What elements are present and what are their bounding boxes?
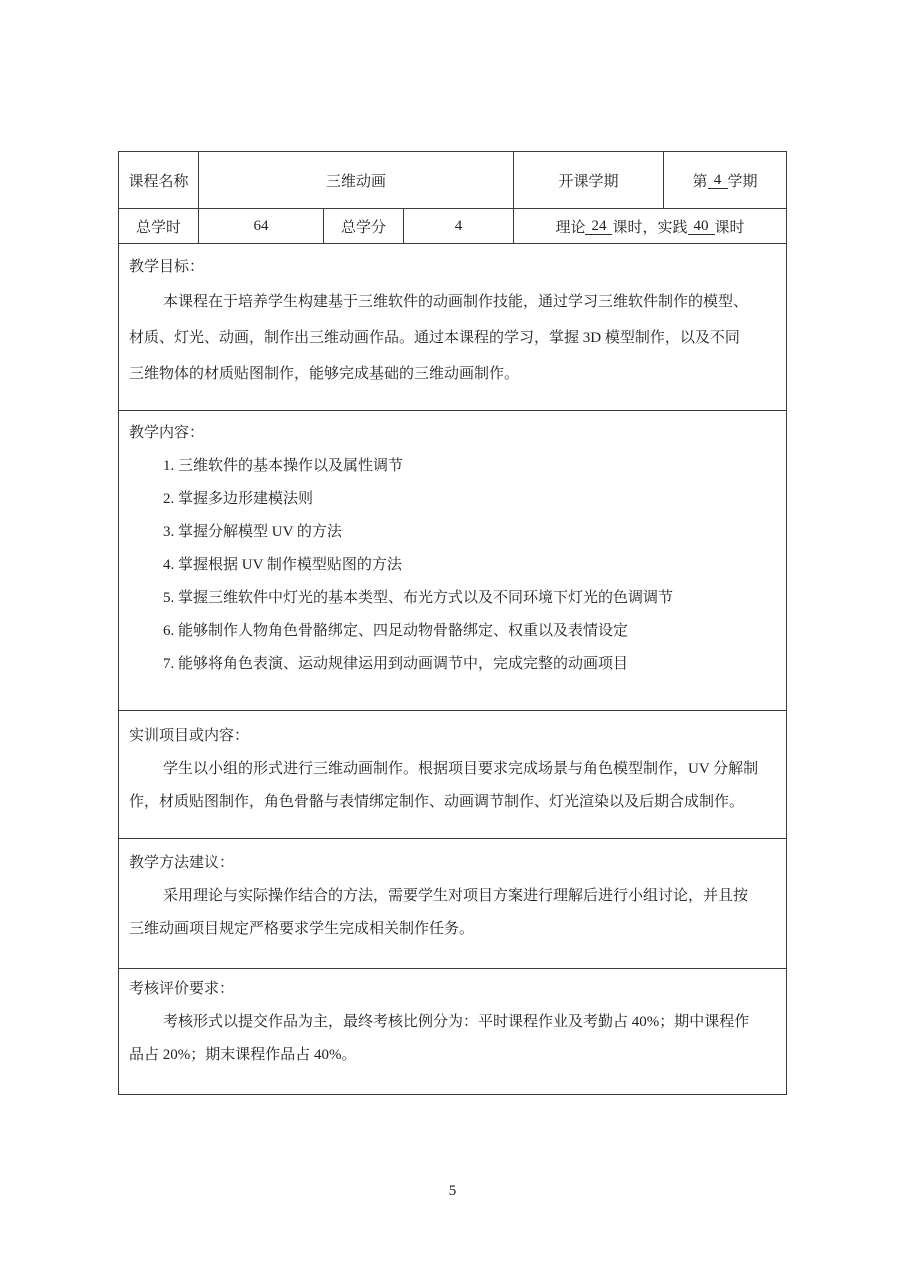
page-number: 5 [0,1183,905,1200]
practice-hours-blank: 40 [688,218,715,235]
text-line: 品占 20%；期末课程作品占 40%。 [129,1039,774,1072]
semester-label: 开课学期 [514,152,664,208]
semester-prefix: 第 [692,170,707,191]
theory-unit: 课时， [612,216,657,237]
text-line: 采用理论与实际操作结合的方法，需要学生对项目方案进行理解后进行小组讨论，并且按 [129,880,774,913]
text-line: 4. 掌握根据 UV 制作模型贴图的方法 [129,549,774,582]
course-name-value: 三维动画 [199,152,514,208]
text-line: 三维物体的材质贴图制作，能够完成基础的三维动画制作。 [129,356,774,392]
section-teaching-content: 教学内容： 1. 三维软件的基本操作以及属性调节 2. 掌握多边形建模法则 3.… [119,411,786,711]
section-assessment: 考核评价要求： 考核形式以提交作品为主，最终考核比例分为：平时课程作业及考勤占 … [119,969,786,1094]
semester-suffix: 学期 [728,170,758,191]
text-line: 三维动画项目规定严格要求学生完成相关制作任务。 [129,913,774,946]
total-credits-label: 总学分 [324,209,404,243]
text-line: 本课程在于培养学生构建基于三维软件的动画制作技能，通过学习三维软件制作的模型、 [129,284,774,320]
semester-value: 第4学期 [664,152,786,208]
course-name-label: 课程名称 [119,152,199,208]
section-title: 实训项目或内容： [129,720,774,753]
section-teaching-objectives: 教学目标： 本课程在于培养学生构建基于三维软件的动画制作技能，通过学习三维软件制… [119,244,786,411]
text-line: 6. 能够制作人物角色骨骼绑定、四足动物骨骼绑定、权重以及表情设定 [129,615,774,648]
section-practical-training: 实训项目或内容： 学生以小组的形式进行三维动画制作。根据项目要求完成场景与角色模… [119,711,786,839]
text-line: 作，材质贴图制作，角色骨骼与表情绑定制作、动画调节制作、灯光渲染以及后期合成制作… [129,786,774,819]
section-title: 教学方法建议： [129,847,774,880]
text-line: 7. 能够将角色表演、运动规律运用到动画调节中，完成完整的动画项目 [129,648,774,681]
total-hours-value: 64 [199,209,324,243]
hours-breakdown: 理论24课时，实践40课时 [514,209,786,243]
table-header-row-1: 课程名称 三维动画 开课学期 第4学期 [119,152,786,209]
section-title: 教学目标： [129,251,774,284]
total-hours-label: 总学时 [119,209,199,243]
theory-label: 理论 [555,216,585,237]
semester-number-blank: 4 [708,172,728,189]
section-title: 考核评价要求： [129,973,774,1006]
text-line: 2. 掌握多边形建模法则 [129,483,774,516]
theory-hours-blank: 24 [585,218,612,235]
text-line: 1. 三维软件的基本操作以及属性调节 [129,450,774,483]
section-teaching-methods: 教学方法建议： 采用理论与实际操作结合的方法，需要学生对项目方案进行理解后进行小… [119,839,786,969]
text-line: 材质、灯光、动画，制作出三维动画作品。通过本课程的学习，掌握 3D 模型制作，以… [129,320,774,356]
text-line: 考核形式以提交作品为主，最终考核比例分为：平时课程作业及考勤占 40%；期中课程… [129,1006,774,1039]
section-title: 教学内容： [129,417,774,450]
practice-unit: 课时 [715,216,745,237]
text-line: 3. 掌握分解模型 UV 的方法 [129,516,774,549]
practice-label: 实践 [658,216,688,237]
text-line: 5. 掌握三维软件中灯光的基本类型、布光方式以及不同环境下灯光的色调调节 [129,582,774,615]
text-line: 学生以小组的形式进行三维动画制作。根据项目要求完成场景与角色模型制作，UV 分解… [129,753,774,786]
course-info-table: 课程名称 三维动画 开课学期 第4学期 总学时 64 总学分 4 理论24课时，… [118,151,787,1095]
syllabus-page: 课程名称 三维动画 开课学期 第4学期 总学时 64 总学分 4 理论24课时，… [0,0,905,1280]
total-credits-value: 4 [404,209,514,243]
table-header-row-2: 总学时 64 总学分 4 理论24课时，实践40课时 [119,209,786,244]
